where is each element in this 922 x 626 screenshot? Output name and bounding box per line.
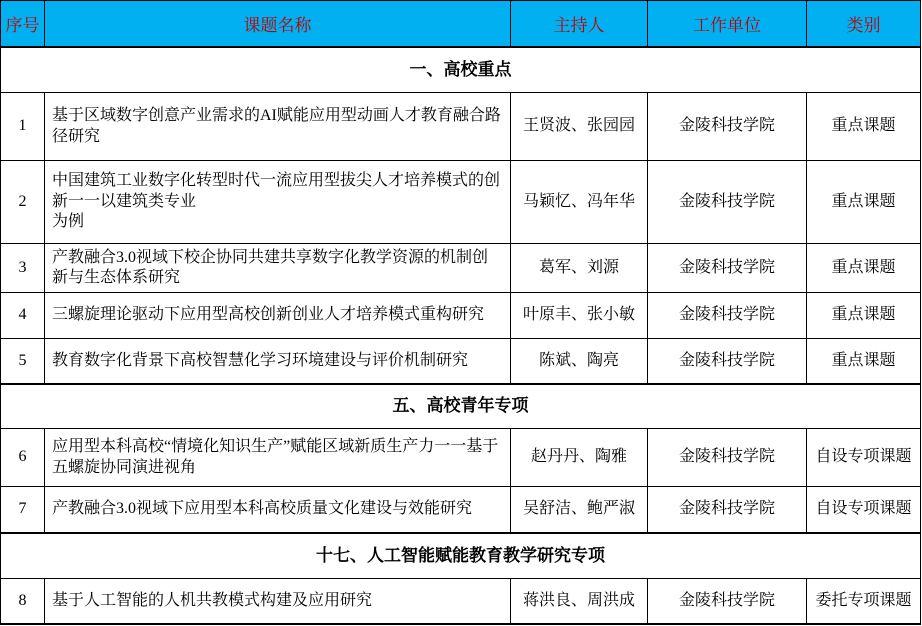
project-host: 马颖忆、冯年华 — [511, 161, 648, 244]
project-host: 蒋洪良、周洪成 — [511, 579, 648, 624]
section-header-row: 十七、人工智能赋能教育教学研究专项 — [1, 533, 921, 579]
header-serial-number: 序号 — [1, 1, 45, 47]
row-number: 8 — [1, 579, 45, 624]
row-number: 3 — [1, 244, 45, 293]
project-category: 自设专项课题 — [807, 487, 921, 533]
section-header-row: 一、高校重点 — [1, 47, 921, 93]
table-row: 1基于区域数字创意产业需求的AI赋能应用型动画人才教育融合路径研究王贤波、张园园… — [1, 93, 921, 161]
projects-table: 序号 课题名称 主持人 工作单位 类别 一、高校重点1基于区域数字创意产业需求的… — [0, 0, 921, 625]
row-number: 5 — [1, 339, 45, 384]
project-title: 教育数字化背景下高校智慧化学习环境建设与评价机制研究 — [45, 339, 511, 384]
project-title: 三螺旋理论驱动下应用型高校创新创业人才培养模式重构研究 — [45, 293, 511, 339]
table-row: 8基于人工智能的人机共教模式构建及应用研究蒋洪良、周洪成金陵科技学院委托专项课题 — [1, 579, 921, 624]
work-unit: 金陵科技学院 — [648, 429, 807, 487]
table-row: 3产教融合3.0视域下校企协同共建共享数字化教学资源的机制创新与生态体系研究葛军… — [1, 244, 921, 293]
project-host: 陈斌、陶亮 — [511, 339, 648, 384]
project-title: 产教融合3.0视域下应用型本科高校质量文化建设与效能研究 — [45, 487, 511, 533]
work-unit: 金陵科技学院 — [648, 161, 807, 244]
header-work-unit: 工作单位 — [648, 1, 807, 47]
project-title: 应用型本科高校“情境化知识生产”赋能区域新质生产力一一基于五螺旋协同演进视角 — [45, 429, 511, 487]
project-title: 基于区域数字创意产业需求的AI赋能应用型动画人才教育融合路径研究 — [45, 93, 511, 161]
table-row: 5教育数字化背景下高校智慧化学习环境建设与评价机制研究陈斌、陶亮金陵科技学院重点… — [1, 339, 921, 384]
table-header: 序号 课题名称 主持人 工作单位 类别 — [1, 1, 921, 47]
project-host: 赵丹丹、陶雅 — [511, 429, 648, 487]
work-unit: 金陵科技学院 — [648, 487, 807, 533]
project-title: 产教融合3.0视域下校企协同共建共享数字化教学资源的机制创新与生态体系研究 — [45, 244, 511, 293]
project-title: 中国建筑工业数字化转型时代一流应用型拔尖人才培养模式的创新一一以建筑类专业 为例 — [45, 161, 511, 244]
row-number: 7 — [1, 487, 45, 533]
section-header-row: 五、高校青年专项 — [1, 384, 921, 429]
work-unit: 金陵科技学院 — [648, 339, 807, 384]
table-row: 6应用型本科高校“情境化知识生产”赋能区域新质生产力一一基于五螺旋协同演进视角赵… — [1, 429, 921, 487]
header-row: 序号 课题名称 主持人 工作单位 类别 — [1, 1, 921, 47]
row-number: 1 — [1, 93, 45, 161]
project-category: 重点课题 — [807, 93, 921, 161]
project-category: 委托专项课题 — [807, 579, 921, 624]
project-host: 叶原丰、张小敏 — [511, 293, 648, 339]
project-category: 自设专项课题 — [807, 429, 921, 487]
table-row: 2中国建筑工业数字化转型时代一流应用型拔尖人才培养模式的创新一一以建筑类专业 为… — [1, 161, 921, 244]
project-category: 重点课题 — [807, 161, 921, 244]
project-category: 重点课题 — [807, 293, 921, 339]
section-title: 十七、人工智能赋能教育教学研究专项 — [1, 533, 921, 579]
header-project-title: 课题名称 — [45, 1, 511, 47]
header-category: 类别 — [807, 1, 921, 47]
section-title: 五、高校青年专项 — [1, 384, 921, 429]
work-unit: 金陵科技学院 — [648, 244, 807, 293]
header-host: 主持人 — [511, 1, 648, 47]
row-number: 2 — [1, 161, 45, 244]
table-row: 4三螺旋理论驱动下应用型高校创新创业人才培养模式重构研究叶原丰、张小敏金陵科技学… — [1, 293, 921, 339]
work-unit: 金陵科技学院 — [648, 93, 807, 161]
project-host: 王贤波、张园园 — [511, 93, 648, 161]
work-unit: 金陵科技学院 — [648, 579, 807, 624]
project-category: 重点课题 — [807, 244, 921, 293]
section-title: 一、高校重点 — [1, 47, 921, 93]
project-host: 吴舒洁、鲍严淑 — [511, 487, 648, 533]
project-host: 葛军、刘源 — [511, 244, 648, 293]
project-category: 重点课题 — [807, 339, 921, 384]
row-number: 4 — [1, 293, 45, 339]
row-number: 6 — [1, 429, 45, 487]
projects-table-body: 一、高校重点1基于区域数字创意产业需求的AI赋能应用型动画人才教育融合路径研究王… — [1, 47, 921, 624]
work-unit: 金陵科技学院 — [648, 293, 807, 339]
table-row: 7产教融合3.0视域下应用型本科高校质量文化建设与效能研究吴舒洁、鲍严淑金陵科技… — [1, 487, 921, 533]
project-title: 基于人工智能的人机共教模式构建及应用研究 — [45, 579, 511, 624]
